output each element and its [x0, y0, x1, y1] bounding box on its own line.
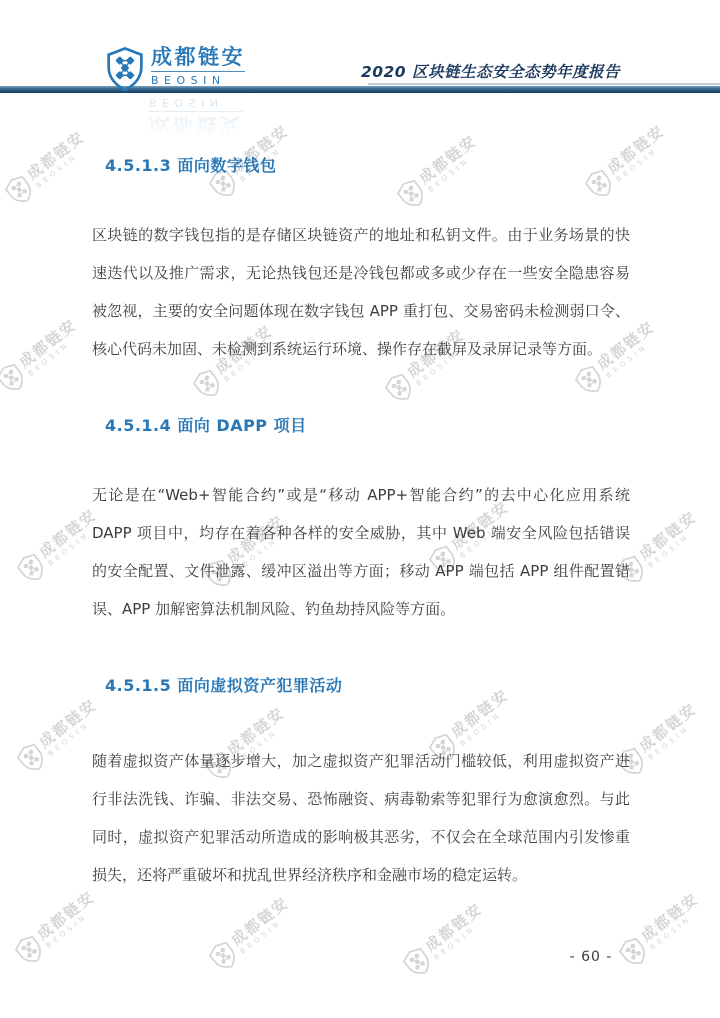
text-line: 损失，还将严重破坏和扰乱世界经济秩序和金融市场的稳定运转。 — [92, 856, 630, 894]
watermark: 成都链安BEOSIN — [428, 366, 524, 394]
logo-name: 成都链安 — [151, 44, 245, 70]
watermark-shield-icon — [582, 166, 618, 203]
paragraph-virtual-asset-crime: 随着虚拟资产体量逐步增大，加之虚拟资产犯罪活动门槛较低，利用虚拟资产进 行非法洗… — [92, 742, 630, 894]
text-line: 被忽视，主要的安全问题体现在数字钱包 APP 重打包、交易密码未检测弱口令、 — [92, 292, 630, 330]
logo-reflection: 成都链安 BEOSIN — [149, 95, 243, 139]
section-heading-4-5-1-4: 4.5.1.4 面向 DAPP 项目 — [105, 413, 307, 436]
text-line: 的安全配置、文件泄露、缓冲区溢出等方面；移动 APP 端包括 APP 组件配置错 — [92, 552, 630, 590]
text-line: 区块链的数字钱包指的是存储区块链资产的地址和私钥文件。由于业务场景的快 — [92, 216, 630, 254]
watermark: 成都链安BEOSIN — [660, 548, 720, 576]
watermark-shield-icon — [14, 740, 50, 777]
logo-subname: BEOSIN — [151, 71, 245, 88]
watermark-shield-icon — [0, 360, 30, 397]
report-page: 成都链安BEOSIN成都链安BEOSIN成都链安BEOSIN成都链安BEOSIN… — [0, 0, 720, 1018]
watermark-shield-icon — [2, 172, 38, 209]
paragraph-dapp: 无论是在“Web+智能合约”或是“移动 APP+智能合约”的去中心化应用系统 D… — [92, 476, 630, 628]
text-line: DAPP 项目中，均存在着各种各样的安全威胁，其中 Web 端安全风险包括错误 — [92, 514, 630, 552]
text-line: 同时，虚拟资产犯罪活动所造成的影响极其恶劣，不仅会在全球范围内引发惨重 — [92, 818, 630, 856]
section-heading-4-5-1-3: 4.5.1.3 面向数字钱包 — [105, 153, 276, 176]
watermark: 成都链安BEOSIN — [58, 928, 154, 956]
watermark: 成都链安BEOSIN — [618, 358, 714, 386]
page-number: - 60 - — [561, 949, 621, 965]
section-heading-4-5-1-5: 4.5.1.5 面向虚拟资产犯罪活动 — [105, 673, 342, 696]
watermark: 成都链安BEOSIN — [446, 940, 542, 968]
text-line: 误、APP 加解密算法机制风险、钓鱼劫持风险等方面。 — [92, 590, 630, 628]
watermark: 成都链安BEOSIN — [628, 162, 720, 190]
text-line: 速迭代以及推广需求，无论热钱包还是冷钱包都或多或少存在一些安全隐患容易 — [92, 254, 630, 292]
watermark: 成都链安BEOSIN — [662, 930, 720, 958]
watermark-shield-icon — [14, 550, 50, 587]
logo-text: 成都链安 BEOSIN — [151, 44, 245, 94]
text-line: 无论是在“Web+智能合约”或是“移动 APP+智能合约”的去中心化应用系统 — [92, 476, 630, 514]
watermark-shield-icon — [382, 370, 418, 407]
logo-reflection-subname: BEOSIN — [149, 95, 243, 112]
watermark: 成都链安BEOSIN — [440, 172, 536, 200]
report-title: 2020 区块链生态安全态势年度报告 — [361, 60, 620, 82]
logo-reflection-name: 成都链安 — [149, 113, 243, 139]
title-underline — [368, 83, 720, 85]
text-line: 行非法洗钱、诈骗、非法交易、恐怖融资、病毒勒索等犯罪行为愈演愈烈。与此 — [92, 780, 630, 818]
watermark: 成都链安BEOSIN — [252, 934, 348, 962]
text-line: 随着虚拟资产体量逐步增大，加之虚拟资产犯罪活动门槛较低，利用虚拟资产进 — [92, 742, 630, 780]
watermark: 成都链安BEOSIN — [660, 740, 720, 768]
text-line: 核心代码未加固、未检测到系统运行环境、操作存在截屏及录屏记录等方面。 — [92, 330, 630, 368]
watermark-shield-icon — [394, 176, 430, 213]
watermark-shield-icon — [400, 944, 436, 981]
beosin-shield-icon — [106, 44, 144, 94]
watermark-shield-icon — [190, 366, 226, 403]
watermark-shield-icon — [12, 932, 48, 969]
paragraph-digital-wallet: 区块链的数字钱包指的是存储区块链资产的地址和私钥文件。由于业务场景的快 速迭代以… — [92, 216, 630, 368]
watermark-shield-icon — [206, 938, 242, 975]
beosin-logo: 成都链安 BEOSIN — [106, 44, 245, 94]
